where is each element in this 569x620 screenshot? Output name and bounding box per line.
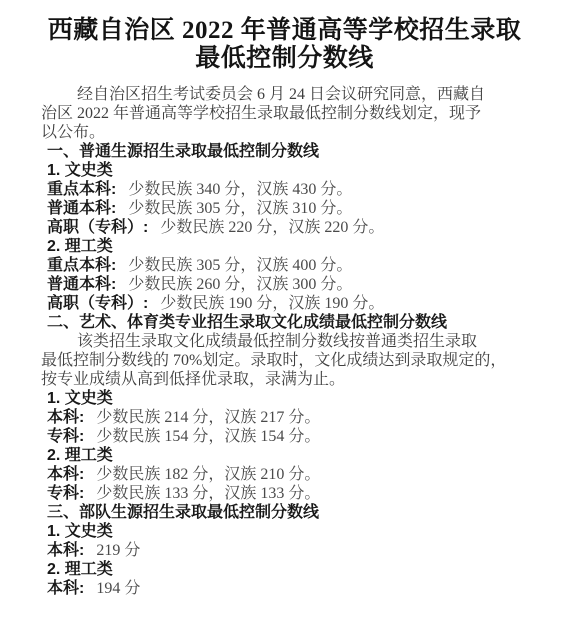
text-line: 治区 2022 年普通高等学校招生录取最低控制分数线划定，现予 — [41, 104, 511, 123]
text-line: 经自治区招生考试委员会 6 月 24 日会议研究同意，西藏自 — [41, 85, 511, 104]
category-heading: 2. 理工类 — [47, 447, 113, 464]
title-line-1: 西藏自治区 2022 年普通高等学校招生录取 — [0, 17, 569, 45]
text-line: 本科:194 分 — [41, 579, 511, 598]
section-heading: 二、艺术、体育类专业招生录取文化成绩最低控制分数线 — [47, 314, 447, 331]
paragraph-text: 治区 2022 年普通高等学校招生录取最低控制分数线划定，现予 — [41, 105, 481, 122]
title-line-2: 最低控制分数线 — [0, 45, 569, 73]
entry-value: 少数民族 154 分，汉族 154 分。 — [96, 428, 320, 445]
category-heading: 1. 文史类 — [47, 390, 113, 407]
text-line: 专科:少数民族 133 分，汉族 133 分。 — [41, 484, 511, 503]
entry-label: 本科: — [47, 580, 84, 597]
paragraph-text: 按专业成绩从高到低择优录取，录满为止。 — [41, 371, 345, 388]
text-line: 重点本科:少数民族 340 分，汉族 430 分。 — [41, 180, 511, 199]
entry-label: 本科: — [47, 542, 84, 559]
entry-label: 重点本科: — [47, 181, 116, 198]
entry-label: 本科: — [47, 409, 84, 426]
paragraph-text: 以公布。 — [41, 124, 105, 141]
entry-value: 少数民族 305 分，汉族 310 分。 — [128, 200, 352, 217]
section-heading: 一、普通生源招生录取最低控制分数线 — [47, 143, 319, 160]
paragraph-text: 该类招生录取文化成绩最低控制分数线按普通类招生录取 — [77, 333, 477, 350]
paragraph-text: 最低控制分数线的 70%划定。录取时，文化成绩达到录取规定的， — [41, 352, 506, 369]
entry-value: 少数民族 220 分，汉族 220 分。 — [160, 219, 384, 236]
text-line: 一、普通生源招生录取最低控制分数线 — [41, 142, 511, 161]
category-heading: 1. 文史类 — [47, 162, 113, 179]
category-heading: 1. 文史类 — [47, 523, 113, 540]
text-line: 本科:少数民族 214 分，汉族 217 分。 — [41, 408, 511, 427]
text-line: 该类招生录取文化成绩最低控制分数线按普通类招生录取 — [41, 332, 511, 351]
entry-label: 普通本科: — [47, 200, 116, 217]
entry-value: 少数民族 182 分，汉族 210 分。 — [96, 466, 320, 483]
text-line: 2. 理工类 — [41, 237, 511, 256]
section-heading: 三、部队生源招生录取最低控制分数线 — [47, 504, 319, 521]
entry-label: 高职（专科）: — [47, 219, 148, 236]
entry-label: 高职（专科）: — [47, 295, 148, 312]
text-line: 2. 理工类 — [41, 446, 511, 465]
entry-label: 重点本科: — [47, 257, 116, 274]
text-line: 三、部队生源招生录取最低控制分数线 — [41, 503, 511, 522]
paragraph-text: 经自治区招生考试委员会 6 月 24 日会议研究同意，西藏自 — [77, 86, 485, 103]
text-line: 按专业成绩从高到低择优录取，录满为止。 — [41, 370, 511, 389]
entry-value: 少数民族 340 分，汉族 430 分。 — [128, 181, 352, 198]
entry-value: 少数民族 305 分，汉族 400 分。 — [128, 257, 352, 274]
entry-value: 少数民族 214 分，汉族 217 分。 — [96, 409, 320, 426]
text-line: 普通本科:少数民族 260 分，汉族 300 分。 — [41, 275, 511, 294]
entry-value: 219 分 — [96, 542, 140, 559]
text-line: 二、艺术、体育类专业招生录取文化成绩最低控制分数线 — [41, 313, 511, 332]
text-line: 最低控制分数线的 70%划定。录取时，文化成绩达到录取规定的， — [41, 351, 511, 370]
text-line: 本科:219 分 — [41, 541, 511, 560]
text-line: 1. 文史类 — [41, 161, 511, 180]
text-line: 1. 文史类 — [41, 389, 511, 408]
text-line: 高职（专科）:少数民族 220 分，汉族 220 分。 — [41, 218, 511, 237]
text-line: 以公布。 — [41, 123, 511, 142]
entry-value: 少数民族 190 分，汉族 190 分。 — [160, 295, 384, 312]
document-title: 西藏自治区 2022 年普通高等学校招生录取 最低控制分数线 — [0, 0, 569, 73]
text-line: 专科:少数民族 154 分，汉族 154 分。 — [41, 427, 511, 446]
entry-value: 少数民族 133 分，汉族 133 分。 — [96, 485, 320, 502]
entry-label: 专科: — [47, 428, 84, 445]
category-heading: 2. 理工类 — [47, 238, 113, 255]
document-body: 经自治区招生考试委员会 6 月 24 日会议研究同意，西藏自治区 2022 年普… — [0, 85, 569, 598]
text-line: 2. 理工类 — [41, 560, 511, 579]
entry-label: 本科: — [47, 466, 84, 483]
entry-label: 专科: — [47, 485, 84, 502]
entry-value: 少数民族 260 分，汉族 300 分。 — [128, 276, 352, 293]
category-heading: 2. 理工类 — [47, 561, 113, 578]
entry-value: 194 分 — [96, 580, 140, 597]
document-page: 西藏自治区 2022 年普通高等学校招生录取 最低控制分数线 经自治区招生考试委… — [0, 0, 569, 620]
text-line: 重点本科:少数民族 305 分，汉族 400 分。 — [41, 256, 511, 275]
text-line: 高职（专科）:少数民族 190 分，汉族 190 分。 — [41, 294, 511, 313]
entry-label: 普通本科: — [47, 276, 116, 293]
text-line: 本科:少数民族 182 分，汉族 210 分。 — [41, 465, 511, 484]
text-line: 普通本科:少数民族 305 分，汉族 310 分。 — [41, 199, 511, 218]
text-line: 1. 文史类 — [41, 522, 511, 541]
